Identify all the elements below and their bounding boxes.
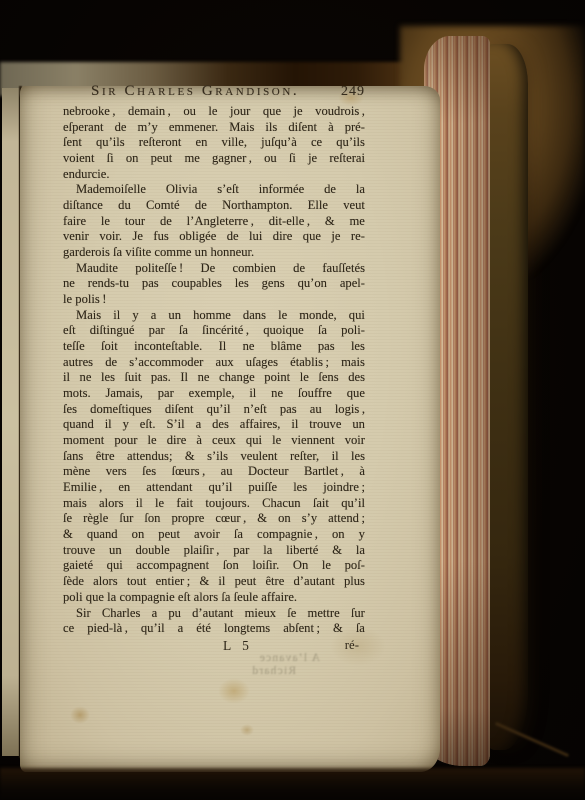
- text-line: autresdes’accommoderauxuſagesétablis ;ma…: [63, 355, 365, 371]
- page-number: 249: [341, 84, 365, 100]
- signature-line: L 5 ré-: [63, 638, 365, 654]
- text-line: ilnelesſuitpas.Ilnechangepointleſensdes: [63, 370, 365, 386]
- text-line: ſesdomeſtiquesdiſentqu’iln’eſtpasaulogis…: [63, 402, 365, 418]
- text-lines: nebrooke ,demain ,oulejourquejevoudrois …: [63, 104, 365, 637]
- text-line: gaietéquiaccompagnentſonloiſir.Onlepoſ-: [63, 558, 365, 574]
- text-line: ſerègleſurſonproprecœur ,&ons’yattend ;: [63, 511, 365, 527]
- text-line: endurcie.: [63, 167, 365, 183]
- text-line: SirCharlesapud’autantmieuxſemettreſur: [63, 606, 365, 622]
- text-line: maisalorsillefaittoujours.Chacunſaitqu’i…: [63, 496, 365, 512]
- text-line: Mauditepoliteſſe !Decombiendefauſſetés: [63, 261, 365, 277]
- text-line: momentpourledireàceuxquileviennentvoir: [63, 433, 365, 449]
- show-through-line: A l’avance: [120, 652, 320, 664]
- stain: [218, 678, 250, 704]
- signature-mark: L 5: [223, 638, 253, 654]
- text-line: faireletourdel’Angleterre ,dit-elle ,&me: [63, 214, 365, 230]
- stain: [240, 724, 254, 736]
- stain: [70, 706, 90, 724]
- verso-show-through: A l’avance Richard: [120, 652, 320, 678]
- text-line: teſſeſoitinconteſtable.Ilneblâmepasles: [63, 339, 365, 355]
- text-line: ſansêtreattendus;&s’ilsveulentreſter,ill…: [63, 449, 365, 465]
- book-page: A l’avance Richard Sir Charles Grandison…: [20, 86, 440, 772]
- text-line: garderoisſaviſitecommeunhonneur.: [63, 245, 365, 261]
- text-line: &quandonpeutavoirſacompagnie ,ony: [63, 527, 365, 543]
- text-line: diſtanceduComtédeNorthampton.Elleveut: [63, 198, 365, 214]
- text-line: Emilie ,enattendantqu’ilpuiſſelesjoindre…: [63, 480, 365, 496]
- show-through-line: Richard: [120, 665, 296, 677]
- text-line: mots.Jamais,parexemple,ilneſouffreque: [63, 386, 365, 402]
- text-line: nerends-tupascoupableslesgensqu’onapel-: [63, 276, 365, 292]
- text-line: nebrooke ,demain ,oulejourquejevoudrois …: [63, 104, 365, 120]
- facing-page-sliver: [2, 88, 19, 756]
- text-line: MademoiſelleOlivias’eſtinforméedela: [63, 182, 365, 198]
- text-line: ſentqu’ilsreſterontenville,juſqu’àcequ’i…: [63, 135, 365, 151]
- text-line: trouveundoubleplaiſir ,parlaliberté&la: [63, 543, 365, 559]
- photo-background: A l’avance Richard Sir Charles Grandison…: [0, 0, 585, 800]
- text-line: cepied-là ,qu’ilaétélongtemsabſent ;&ſa: [63, 621, 365, 637]
- leather-cover-strip: [487, 44, 528, 750]
- text-line: poliquelacompagnieeſtalorsſaſeuleaffaire…: [63, 590, 365, 606]
- book-bottom-shadow: [0, 768, 585, 800]
- text-line: eſperantdem’yemmener.Maisilsdiſentàpré-: [63, 120, 365, 136]
- text-line: ſèdealorstoutentier ;&ilpeutêtred’autant…: [63, 574, 365, 590]
- text-line: Maisilyaunhommedanslemonde,qui: [63, 308, 365, 324]
- text-line: mèneversſesſœurs ,auDocteurBartlet ,à: [63, 464, 365, 480]
- text-line: voientſionpeutmegagner ,ouſijereſterai: [63, 151, 365, 167]
- text-line: lepolis !: [63, 292, 365, 308]
- text-line: venirvoir.Jefusobligéedeluidirequejere-: [63, 229, 365, 245]
- text-block: Sir Charles Grandison. 249 nebrooke ,dem…: [63, 83, 365, 654]
- text-line: quandilyeſt.S’iladesaffaires,iltrouveun: [63, 417, 365, 433]
- text-line: eſtdiſtinguéparſaſincérité ,quoiqueſapol…: [63, 323, 365, 339]
- running-head: Sir Charles Grandison. 249: [63, 83, 365, 99]
- running-head-title: Sir Charles Grandison.: [91, 83, 299, 99]
- catchword: ré-: [345, 638, 359, 654]
